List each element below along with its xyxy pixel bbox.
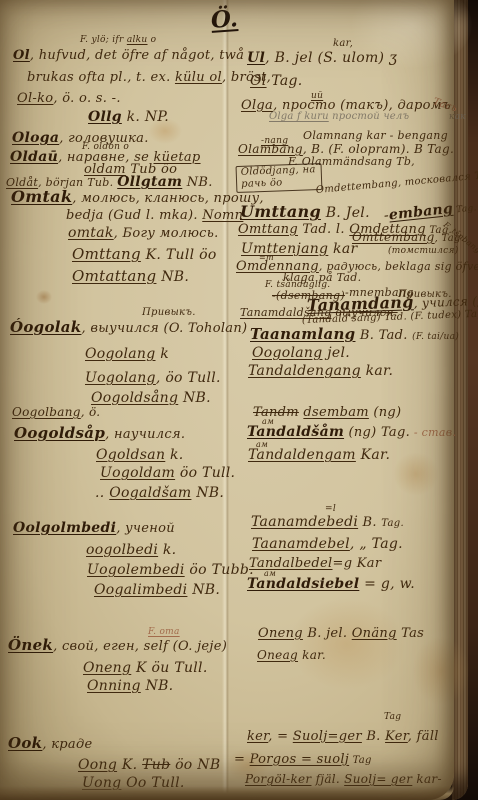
handwritten-word: Óogolak bbox=[10, 318, 81, 336]
handwritten-word: Tandalbedel bbox=[249, 556, 333, 571]
handwritten-line: Oogoldsång NB. bbox=[91, 391, 211, 406]
handwritten-word: Nomn bbox=[202, 208, 243, 223]
handwritten-word: , ö. o. s. -. bbox=[53, 91, 120, 106]
handwritten-word: Olamnang kar - bengang bbox=[303, 129, 448, 142]
handwritten-word: Omtak bbox=[11, 187, 72, 206]
handwritten-word: brukas ofta pl., t. ex. bbox=[27, 70, 175, 85]
handwritten-line: F. oma bbox=[148, 628, 180, 637]
handwritten-word: Olga f kuru bbox=[269, 111, 329, 122]
handwritten-word: Oolgolmbedi bbox=[13, 520, 116, 536]
handwritten-word: Ol bbox=[250, 73, 267, 89]
handwritten-line: Taanamdebedi B. Tag. bbox=[251, 515, 404, 530]
handwritten-word: Umttang bbox=[240, 202, 321, 221]
handwritten-word: Ol-ko bbox=[17, 91, 53, 106]
handwritten-line: .. Oogaldšam NB. bbox=[95, 486, 224, 501]
handwritten-word: (ng) Tag. bbox=[344, 425, 410, 440]
handwritten-word: jel. bbox=[323, 345, 351, 361]
handwritten-line: Oong K. Tub öo NB bbox=[78, 758, 220, 773]
handwritten-line: (томстшлся) bbox=[388, 247, 459, 256]
handwritten-line: Uogolang, öo Tull. bbox=[85, 371, 221, 386]
handwritten-word: , „ Tag. bbox=[350, 536, 403, 552]
handwritten-word: , = bbox=[268, 729, 293, 744]
handwritten-word: (ng) bbox=[369, 405, 401, 420]
handwritten-word: - став. bbox=[410, 426, 456, 439]
handwritten-line: Ol-ko, ö. o. s. -. bbox=[17, 92, 121, 106]
handwritten-word: Oneng bbox=[258, 626, 303, 641]
handwritten-word: Tandaldšåm bbox=[247, 424, 344, 440]
handwritten-word: Ul bbox=[247, 50, 265, 66]
handwritten-word: Ollgtam bbox=[117, 174, 182, 190]
handwritten-word: NB. bbox=[178, 390, 211, 406]
handwritten-word: Olambang bbox=[238, 142, 303, 156]
handwritten-word: alku bbox=[127, 35, 148, 45]
handwritten-word: Tag bbox=[384, 712, 401, 722]
handwritten-word: Ologa bbox=[12, 130, 59, 146]
handwritten-word: Tas bbox=[397, 626, 424, 641]
handwritten-line: Oneag kar. bbox=[257, 649, 326, 662]
handwritten-line: Oogalimbedi NB. bbox=[94, 583, 220, 598]
handwritten-line: Onning NB. bbox=[87, 679, 173, 694]
handwritten-line: bedja (Gud l. mka). Nomn bbox=[66, 209, 243, 223]
handwritten-word: NB. bbox=[191, 485, 224, 501]
handwritten-word: , B. (F. olopram). B Tag. bbox=[303, 142, 454, 156]
handwritten-word: Onning bbox=[87, 678, 141, 694]
handwritten-line: Tandm dsembam (ng) bbox=[253, 406, 401, 420]
handwritten-word: Oong bbox=[78, 757, 117, 773]
handwritten-word: külu ol bbox=[175, 70, 222, 85]
handwritten-word: Tag. bbox=[453, 203, 478, 215]
handwritten-word: Oogoldsåp bbox=[14, 424, 105, 442]
handwritten-line: Oogolang jel. bbox=[252, 346, 350, 361]
handwritten-word: Taanamdebel bbox=[252, 536, 350, 552]
handwritten-line: Olambang, B. (F. olopram). B Tag. bbox=[238, 143, 454, 156]
handwritten-line: Ul, B. jel (S. ulom) ӡ bbox=[247, 51, 397, 66]
handwritten-line: Olamnang kar - bengang bbox=[303, 130, 448, 142]
manuscript-photo: Ö. F. ylö; ifr alku oOl, hufvud, det öfr… bbox=[0, 0, 478, 800]
handwritten-word: B. Tad. bbox=[355, 328, 412, 343]
handwritten-line: Omttembang, Tag. bbox=[352, 231, 464, 245]
handwritten-word: Uogolang bbox=[85, 370, 156, 386]
handwritten-line: Omtak, молюсь, кланюсь, прошу, bbox=[11, 189, 264, 206]
handwritten-line: oogolbedi k. bbox=[86, 543, 176, 558]
handwritten-word: Uogoldam bbox=[100, 465, 175, 481]
handwritten-line: Uogoldam öo Tull. bbox=[100, 466, 235, 481]
handwritten-word: öo Tull. bbox=[175, 465, 235, 481]
handwritten-line: Ogoldsan k. bbox=[96, 448, 184, 463]
handwritten-word: öo NB bbox=[170, 757, 220, 773]
handwritten-line: Umttang B. Jel. bbox=[240, 204, 370, 221]
handwritten-line: Omttang K. Tull öo bbox=[72, 247, 217, 263]
handwritten-word: B. Jel. bbox=[321, 205, 370, 221]
handwritten-word: Kar. bbox=[356, 447, 390, 463]
handwritten-word: kar- bbox=[412, 772, 442, 786]
handwritten-word: , öo Tull. bbox=[156, 370, 221, 386]
handwritten-word: B. bbox=[358, 515, 381, 530]
handwritten-word: k. NP. bbox=[122, 109, 169, 125]
handwritten-word: , краде bbox=[42, 737, 92, 752]
section-letter-heading: Ö. bbox=[210, 5, 239, 34]
handwritten-word: K. bbox=[117, 757, 142, 773]
handwritten-word: .. bbox=[95, 485, 109, 501]
handwritten-word: B. jel. bbox=[303, 626, 352, 641]
handwritten-word: kar. bbox=[298, 648, 326, 662]
handwritten-word: , молюсь, кланюсь, прошу, bbox=[72, 191, 264, 206]
handwritten-word: , Tag. bbox=[435, 233, 465, 244]
handwritten-word: ker bbox=[247, 729, 268, 744]
handwritten-word: Tandaldengang bbox=[248, 363, 361, 379]
handwritten-word: , научился. bbox=[105, 427, 185, 442]
handwritten-word: как bbox=[449, 112, 466, 122]
handwritten-word: рачь öо bbox=[241, 177, 283, 189]
handwritten-word: , ученой bbox=[116, 521, 175, 536]
handwritten-word: F. oma bbox=[148, 627, 180, 637]
handwritten-word: NB. bbox=[182, 175, 212, 190]
handwritten-line: Oogoldsåp, научился. bbox=[14, 426, 185, 442]
handwritten-word: (томстшлся) bbox=[388, 246, 459, 256]
handwritten-word: Oogaldšam bbox=[109, 485, 191, 501]
handwritten-line: Tandaldengang kar. bbox=[248, 364, 393, 379]
handwritten-word: Uogolembedi bbox=[87, 562, 185, 578]
handwritten-word: Привыкъ. bbox=[142, 307, 196, 318]
handwritten-line: Oogolang k bbox=[85, 347, 169, 362]
handwritten-line: Tandaldsiebel = g, w. bbox=[247, 577, 415, 592]
handwritten-line: Tag bbox=[384, 713, 401, 722]
handwritten-line: Tandaldšåm (ng) Tag. - став. bbox=[247, 425, 456, 440]
handwritten-word: Porgos = suolj bbox=[250, 752, 350, 767]
handwritten-word: = bbox=[234, 752, 250, 767]
handwritten-line: Tandaldengam Kar. bbox=[248, 448, 390, 463]
handwritten-word: bedja (Gud l. mka). bbox=[66, 208, 202, 223]
handwritten-word: Ker bbox=[385, 729, 408, 744]
handwritten-word: , выучился (O. Toholan) bbox=[81, 321, 247, 336]
handwritten-word: NB. bbox=[141, 678, 174, 694]
handwritten-line: F. ylö; ifr alku o bbox=[80, 36, 156, 45]
handwritten-word: Tag bbox=[349, 755, 372, 766]
handwritten-word: fjäl. bbox=[311, 772, 344, 786]
handwritten-word: Omttembang bbox=[352, 230, 435, 244]
handwritten-word: =g Kar bbox=[333, 556, 382, 571]
handwritten-word: , B. jel (S. ulom) ӡ bbox=[265, 50, 397, 66]
handwritten-word: Tag. bbox=[267, 73, 303, 89]
handwritten-word: Porgöl-ker bbox=[245, 772, 311, 786]
handwritten-word: k. bbox=[165, 447, 183, 463]
handwritten-word: B. bbox=[362, 729, 385, 744]
handwritten-word: K öu Tull. bbox=[131, 660, 207, 676]
handwritten-word: o bbox=[148, 35, 157, 45]
handwritten-word: , свой, еген, self (O. jeje) bbox=[53, 639, 227, 654]
handwritten-word: Ollg bbox=[88, 109, 122, 125]
handwritten-line: Oldödjang, нарачь öо bbox=[236, 163, 323, 193]
handwritten-word: NB. bbox=[156, 269, 189, 285]
handwritten-word: Oldödjang, на bbox=[241, 164, 316, 178]
handwritten-word: Taanamdebedi bbox=[251, 514, 358, 530]
handwritten-word: Suolj= ger bbox=[344, 772, 412, 786]
handwritten-word: простой челъ bbox=[329, 111, 410, 122]
handwritten-word: Tandaldengam bbox=[248, 447, 356, 463]
handwritten-line: Oolgolmbedi, ученой bbox=[13, 521, 175, 536]
handwritten-word: omtak bbox=[68, 225, 114, 241]
handwritten-line: brukas ofta pl., t. ex. külu ol, bröst, bbox=[27, 71, 271, 85]
handwritten-word: Onäng bbox=[352, 626, 397, 641]
handwritten-word: Oldaū bbox=[10, 149, 58, 165]
handwritten-word: Ook bbox=[8, 734, 42, 752]
handwritten-line: Taanamdebel, „ Tag. bbox=[252, 537, 403, 552]
handwritten-word: , Богу молюсь. bbox=[114, 226, 219, 241]
handwritten-word: , hufvud, det öfre af något, twå bbox=[30, 48, 244, 63]
handwritten-line: Olga f kuru простой челъ bbox=[269, 112, 409, 123]
handwritten-word: k. bbox=[158, 542, 176, 558]
handwritten-line: Ollg k. NP. bbox=[88, 110, 169, 125]
handwritten-word: Omttang bbox=[72, 245, 141, 263]
handwritten-line: Ol, hufvud, det öfre af något, twå bbox=[13, 49, 244, 63]
handwritten-word: Ol bbox=[13, 48, 30, 63]
handwritten-word: Oogolang bbox=[85, 346, 156, 362]
handwritten-word: K. Tull öo bbox=[141, 247, 217, 263]
handwritten-word: = g, w. bbox=[359, 576, 415, 592]
handwritten-word: Tandm bbox=[253, 405, 299, 420]
handwritten-word: k bbox=[156, 346, 170, 362]
handwritten-word: Önek bbox=[8, 636, 53, 654]
handwritten-word: kar bbox=[328, 241, 357, 257]
handwritten-word: Omttang bbox=[238, 222, 298, 237]
handwritten-word: , учился (ӡ bbox=[413, 294, 478, 310]
handwritten-line: как bbox=[449, 113, 466, 122]
handwritten-word: Oogolang bbox=[252, 345, 323, 361]
handwritten-line: Óogolak, выучился (O. Toholan) bbox=[10, 320, 247, 336]
handwritten-word: Oogoldsång bbox=[91, 390, 178, 406]
handwritten-word: öo Tubb. bbox=[185, 562, 254, 578]
handwritten-word: F. ylö; ifr bbox=[80, 35, 127, 45]
handwritten-word: Omtattang bbox=[72, 267, 156, 285]
handwritten-word: Suolj=ger bbox=[293, 729, 362, 744]
handwritten-line: Porgöl-ker fjäl. Suolj= ger kar- bbox=[245, 773, 442, 786]
handwritten-word: Tag. bbox=[381, 518, 404, 529]
handwritten-word: Oogalimbedi bbox=[94, 582, 187, 598]
handwritten-line: Oneng K öu Tull. bbox=[83, 661, 208, 676]
handwritten-line: ker, = Suolj=ger B. Ker, fäll bbox=[247, 730, 439, 744]
handwritten-line: Taanamlang B. Tad. (F. tai/ua) bbox=[250, 327, 459, 343]
handwritten-word: , ö. bbox=[81, 405, 101, 419]
handwritten-word: =l bbox=[325, 504, 336, 514]
handwritten-line: Привыкъ. bbox=[142, 308, 196, 319]
handwritten-line: Önek, свой, еген, self (O. jeje) bbox=[8, 638, 227, 654]
handwritten-word: Oneng bbox=[83, 660, 131, 676]
handwritten-word: , fäll bbox=[408, 729, 439, 744]
handwritten-word: Tad. l. bbox=[298, 222, 349, 237]
handwritten-word: Taanamlang bbox=[250, 325, 355, 343]
handwritten-line: kar, bbox=[333, 39, 353, 50]
handwritten-word: NB. bbox=[187, 582, 220, 598]
handwritten-word: Tub bbox=[142, 757, 170, 773]
handwritten-word: (F. tai/ua) bbox=[412, 332, 459, 342]
handwritten-word: Oneag bbox=[257, 648, 298, 662]
handwritten-word: oogolbedi bbox=[86, 542, 158, 558]
handwritten-line: Ook, краде bbox=[8, 736, 93, 752]
handwritten-word: Ogoldsan bbox=[96, 447, 165, 463]
handwritten-word: Oogolbang bbox=[12, 405, 81, 419]
handwritten-line: Oogolbang, ö. bbox=[12, 406, 100, 419]
handwritten-word: kar, bbox=[333, 38, 353, 49]
handwritten-word: dsembam bbox=[303, 405, 369, 420]
handwritten-word: Tandaldsiebel bbox=[247, 576, 359, 592]
handwritten-line: Uogolembedi öo Tubb. bbox=[87, 563, 254, 578]
handwritten-line: Ol Tag. bbox=[250, 74, 303, 89]
page-bottom-edge bbox=[0, 786, 454, 800]
handwritten-line: omtak, Богу молюсь. bbox=[68, 226, 219, 241]
handwritten-word: Umttenjang bbox=[241, 241, 328, 257]
handwritten-word: kar. bbox=[361, 363, 393, 379]
handwritten-line: = Porgos = suolj Tag bbox=[234, 753, 372, 767]
handwritten-line: Omtattang NB. bbox=[72, 269, 189, 285]
handwritten-line: Oneng B. jel. Onäng Tas bbox=[258, 627, 424, 641]
